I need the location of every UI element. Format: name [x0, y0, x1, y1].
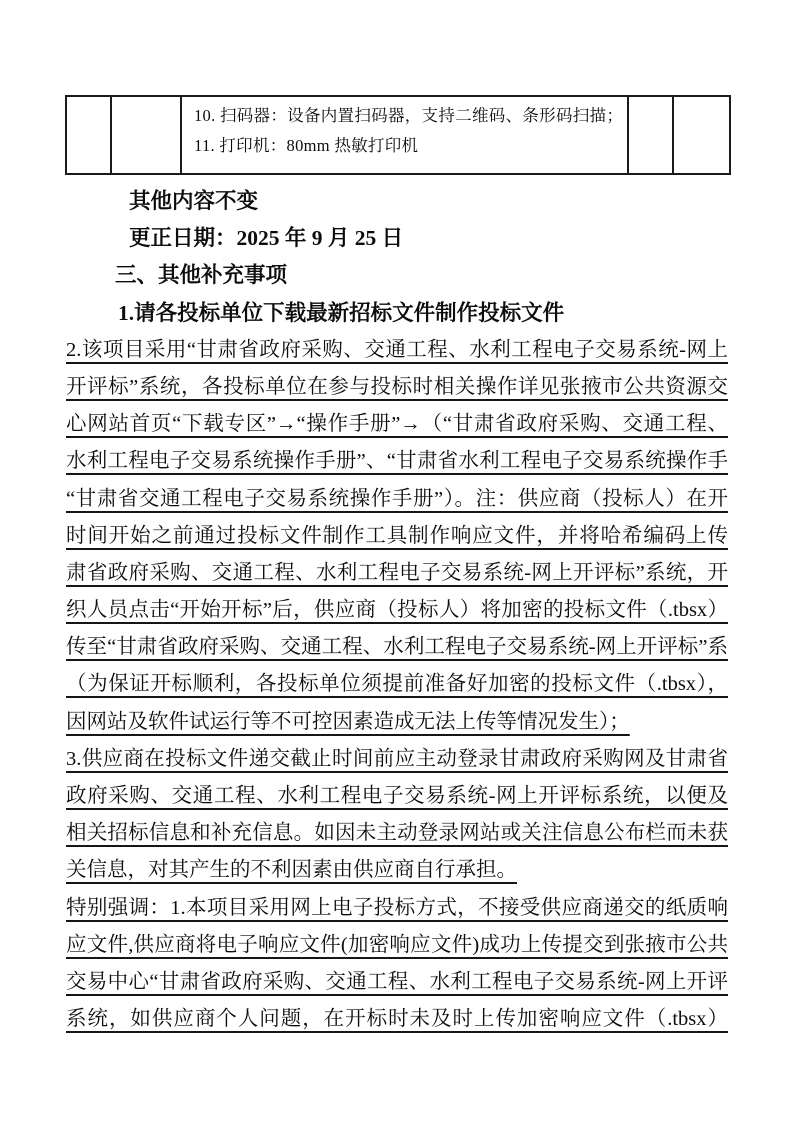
table-cell-specs: 10. 扫码器：设备内置扫码器，支持二维码、条形码扫描；11. 打印机：80mm… — [181, 96, 628, 174]
heading-correction-date: 更正日期：2025 年 9 月 25 日 — [66, 220, 728, 257]
text-line: 系统，如供应商个人问题，在开标时未及时上传加密响应文件（.tbsx）的，供 — [66, 1001, 728, 1038]
text-line: 3.供应商在投标文件递交截止时间前应主动登录甘肃政府采购网及甘肃省 — [66, 741, 728, 778]
table-cell-empty-2 — [111, 96, 181, 174]
spec-line: 11. 打印机：80mm 热敏打印机 — [194, 131, 621, 161]
paragraph-4-special-emphasis: 特别强调：1.本项目采用网上电子投标方式，不接受供应商递交的纸质响应文件,供应商… — [66, 890, 728, 1039]
spec-lines: 10. 扫码器：设备内置扫码器，支持二维码、条形码扫描；11. 打印机：80mm… — [182, 97, 627, 161]
spec-line: 10. 扫码器：设备内置扫码器，支持二维码、条形码扫描； — [194, 101, 621, 131]
text-line: 应文件,供应商将电子响应文件(加密响应文件)成功上传提交到张掖市公共资源 — [66, 927, 728, 964]
heading-item1: 1.请各投标单位下载最新招标文件制作投标文件 — [66, 295, 728, 332]
text-line: 关信息，对其产生的不利因素由供应商自行承担。 — [66, 852, 728, 889]
text-line: 政府采购、交通工程、水利工程电子交易系统-网上开评标系统，以便及时了解 — [66, 778, 728, 815]
table-cell-empty-1 — [66, 96, 111, 174]
text-line: “甘肃省交通工程电子交易系统操作手册”）。注：供应商（投标人）在开标 — [66, 481, 728, 518]
text-line: 肃省政府采购、交通工程、水利工程电子交易系统-网上开评标”系统，开标组 — [66, 555, 728, 592]
text-line: 传至“甘肃省政府采购、交通工程、水利工程电子交易系统-网上开评标”系统。 — [66, 629, 728, 666]
document-page: 10. 扫码器：设备内置扫码器，支持二维码、条形码扫描；11. 打印机：80mm… — [0, 0, 793, 1122]
text-line: （为保证开标顺利，各投标单位须提前准备好加密的投标文件（.tbsx），避免 — [66, 666, 728, 703]
text-line: 特别强调：1.本项目采用网上电子投标方式，不接受供应商递交的纸质响 — [66, 890, 728, 927]
text-line: 交易中心“甘肃省政府采购、交通工程、水利工程电子交易系统-网上开评标” — [66, 964, 728, 1001]
table-row: 10. 扫码器：设备内置扫码器，支持二维码、条形码扫描；11. 打印机：80mm… — [66, 96, 730, 174]
table-cell-empty-3 — [628, 96, 673, 174]
table-cell-empty-4 — [673, 96, 730, 174]
notice-body: 其他内容不变 更正日期：2025 年 9 月 25 日 三、其他补充事项 1.请… — [66, 183, 728, 1038]
text-line: 因网站及软件试运行等不可控因素造成无法上传等情况发生）； — [66, 704, 728, 741]
heading-section3-title: 三、其他补充事项 — [66, 257, 728, 294]
text-line: 时间开始之前通过投标文件制作工具制作响应文件，并将哈希编码上传至“甘 — [66, 518, 728, 555]
paragraph-2: 2.该项目采用“甘肃省政府采购、交通工程、水利工程电子交易系统-网上开评标”系统… — [66, 332, 728, 741]
spec-table-fragment: 10. 扫码器：设备内置扫码器，支持二维码、条形码扫描；11. 打印机：80mm… — [65, 95, 731, 175]
text-line: 水利工程电子交易系统操作手册”、“甘肃省水利工程电子交易系统操作手册”、 — [66, 443, 728, 480]
heading-other-unchanged: 其他内容不变 — [66, 183, 728, 220]
text-line: 织人员点击“开始开标”后，供应商（投标人）将加密的投标文件（.tbsx）上 — [66, 592, 728, 629]
text-line: 开评标”系统，各投标单位在参与投标时相关操作详见张掖市公共资源交易中 — [66, 369, 728, 406]
text-line: 2.该项目采用“甘肃省政府采购、交通工程、水利工程电子交易系统-网上 — [66, 332, 728, 369]
text-line: 相关招标信息和补充信息。如因未主动登录网站或关注信息公布栏而未获取相 — [66, 815, 728, 852]
paragraph-3: 3.供应商在投标文件递交截止时间前应主动登录甘肃政府采购网及甘肃省政府采购、交通… — [66, 741, 728, 890]
text-line: 心网站首页“下载专区”→“操作手册”→（“甘肃省政府采购、交通工程、 — [66, 406, 728, 443]
